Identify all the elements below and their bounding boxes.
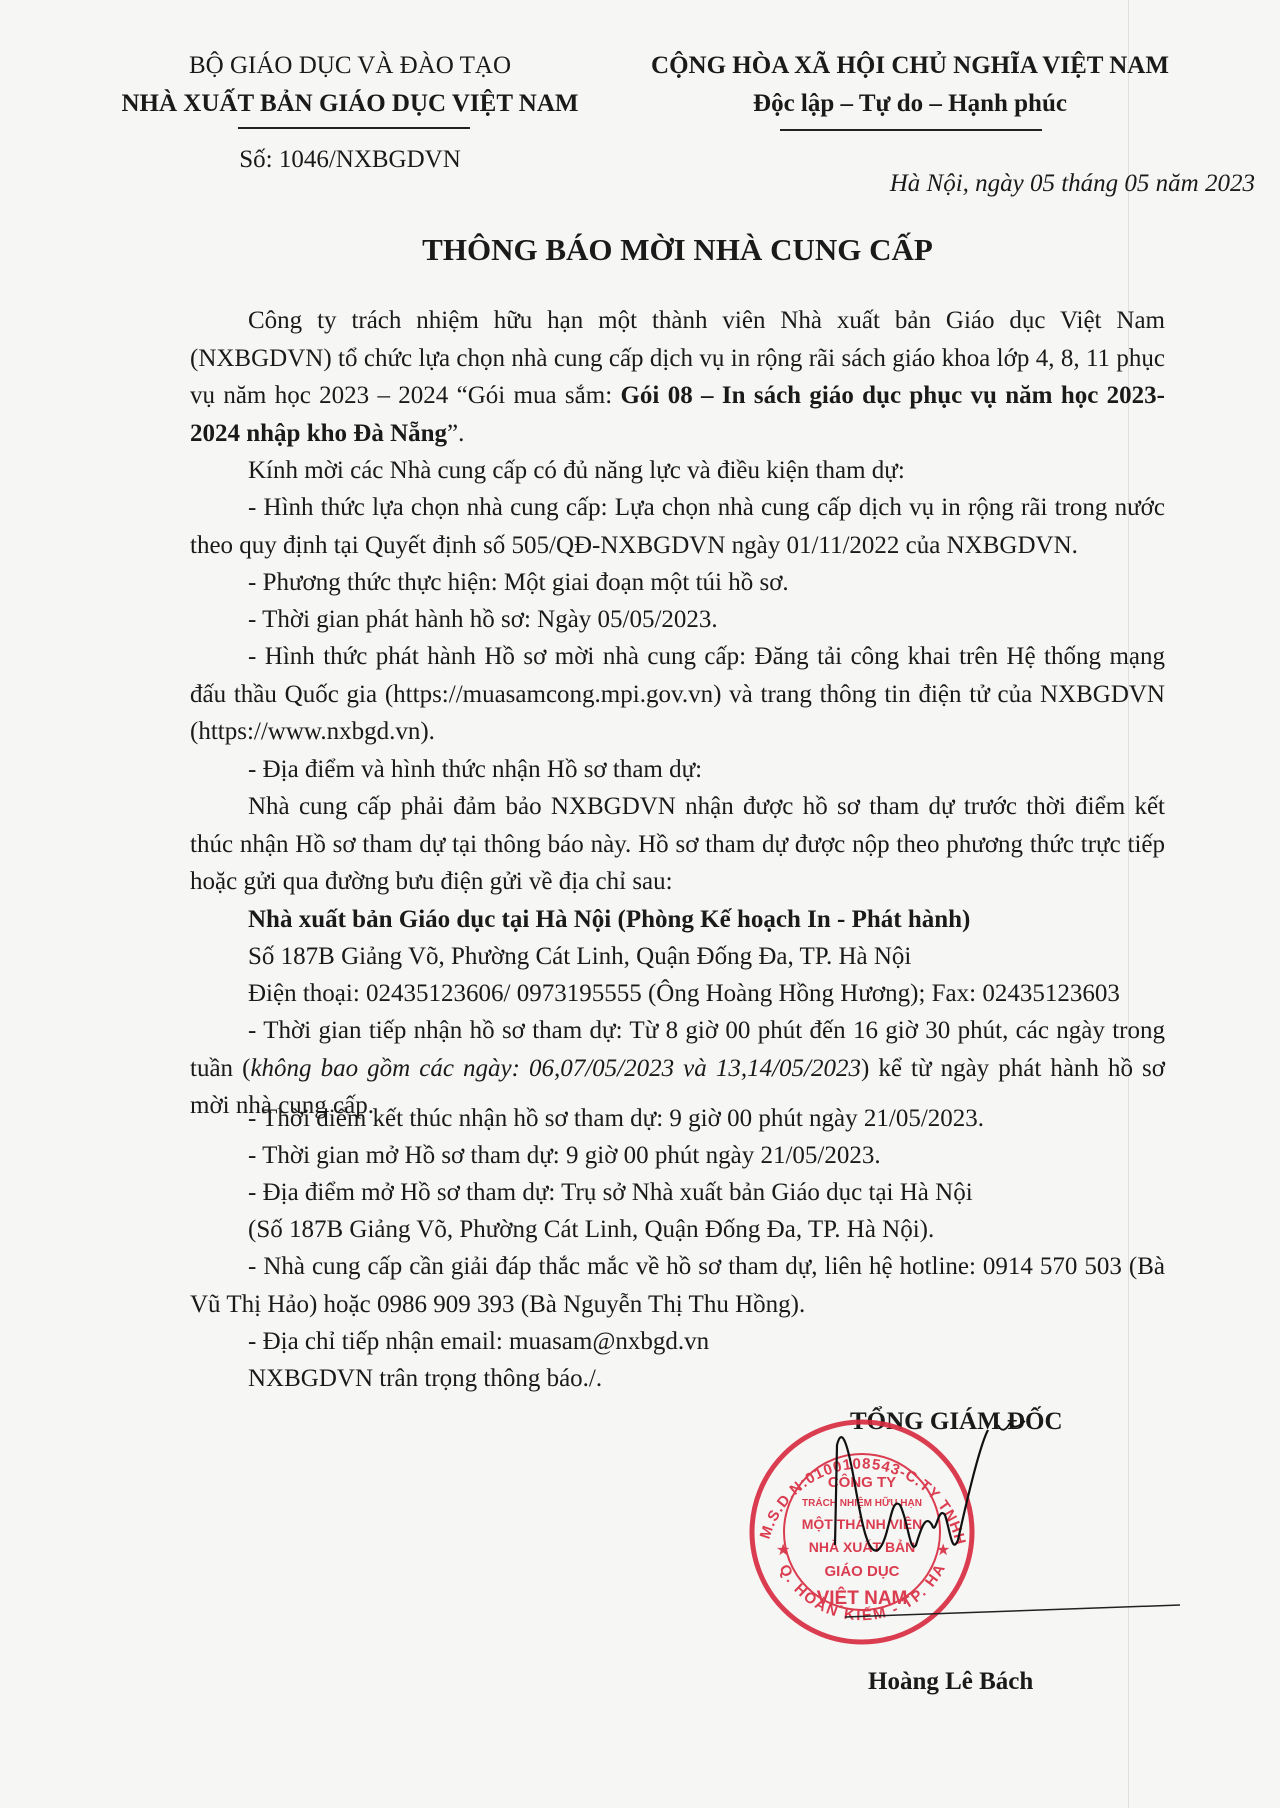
svg-text:NHÀ XUẤT BẢN: NHÀ XUẤT BẢN	[809, 1539, 916, 1555]
office-name: Nhà xuất bản Giáo dục tại Hà Nội (Phòng …	[190, 901, 1165, 939]
svg-text:VIỆT NAM: VIỆT NAM	[817, 1587, 908, 1609]
item-issue-form: - Hình thức phát hành Hồ sơ mời nhà cung…	[190, 638, 1165, 751]
item-receive-note: Nhà cung cấp phải đảm bảo NXBGDVN nhận đ…	[190, 788, 1165, 901]
signer-name: Hoàng Lê Bách	[868, 1668, 1033, 1696]
place-date-wrap: Hà Nội, ngày 05 tháng 05 năm 2023	[640, 170, 1200, 198]
item-close-time: - Thời điểm kết thúc nhận hồ sơ tham dự:…	[190, 1100, 1165, 1138]
motto-underline	[780, 129, 1042, 131]
item-open-place-address: (Số 187B Giảng Võ, Phường Cát Linh, Quận…	[190, 1211, 1165, 1249]
item-issue-time: - Thời gian phát hành hồ sơ: Ngày 05/05/…	[190, 601, 1165, 639]
excluded-days: không bao gồm các ngày: 06,07/05/2023 và…	[250, 1055, 861, 1082]
closing-line: NXBGDVN trân trọng thông báo./.	[190, 1360, 1165, 1398]
svg-text:★: ★	[936, 1542, 950, 1559]
item-hotline: - Nhà cung cấp cần giải đáp thắc mắc về …	[190, 1248, 1165, 1323]
svg-text:GIÁO DỤC: GIÁO DỤC	[825, 1563, 900, 1580]
item-receive-place: - Địa điểm và hình thức nhận Hồ sơ tham …	[190, 751, 1165, 789]
office-address: Số 187B Giảng Võ, Phường Cát Linh, Quận …	[190, 938, 1165, 976]
intro-tail: ”.	[447, 420, 464, 447]
item-email: - Địa chỉ tiếp nhận email: muasam@nxbgd.…	[190, 1323, 1165, 1361]
document-number: Số: 1046/NXBGDVN	[120, 146, 580, 174]
item-method: - Phương thức thực hiện: Một giai đoạn m…	[190, 564, 1165, 602]
svg-text:TRÁCH NHIỆM HỮU HẠN: TRÁCH NHIỆM HỮU HẠN	[802, 1496, 922, 1509]
office-phone: Điện thoại: 02435123606/ 0973195555 (Ông…	[190, 975, 1165, 1013]
national-motto: Độc lập – Tự do – Hạnh phúc	[640, 90, 1180, 118]
item-open-time: - Thời gian mở Hồ sơ tham dự: 9 giờ 00 p…	[190, 1137, 1165, 1175]
invite-line: Kính mời các Nhà cung cấp có đủ năng lực…	[190, 452, 1165, 490]
stamp-and-signature: M.S.D.N:0100108543-C.TY TNHH Q. HOÀN KIẾ…	[740, 1405, 1180, 1705]
place-date: Hà Nội, ngày 05 tháng 05 năm 2023	[890, 170, 1255, 197]
item-open-place: - Địa điểm mở Hồ sơ tham dự: Trụ sở Nhà …	[190, 1174, 1165, 1212]
item-selection-form: - Hình thức lựa chọn nhà cung cấp: Lựa c…	[190, 489, 1165, 564]
publisher-underline	[238, 127, 470, 129]
svg-text:CÔNG TY: CÔNG TY	[828, 1473, 896, 1491]
svg-text:★: ★	[776, 1542, 790, 1559]
document-title: THÔNG BÁO MỜI NHÀ CUNG CẤP	[190, 232, 1165, 268]
ministry-name: BỘ GIÁO DỤC VÀ ĐÀO TẠO	[120, 52, 580, 80]
intro-paragraph: Công ty trách nhiệm hữu hạn một thành vi…	[190, 302, 1165, 452]
country-name: CỘNG HÒA XÃ HỘI CHỦ NGHĨA VIỆT NAM	[640, 52, 1180, 80]
publisher-name: NHÀ XUẤT BẢN GIÁO DỤC VIỆT NAM	[120, 90, 580, 118]
